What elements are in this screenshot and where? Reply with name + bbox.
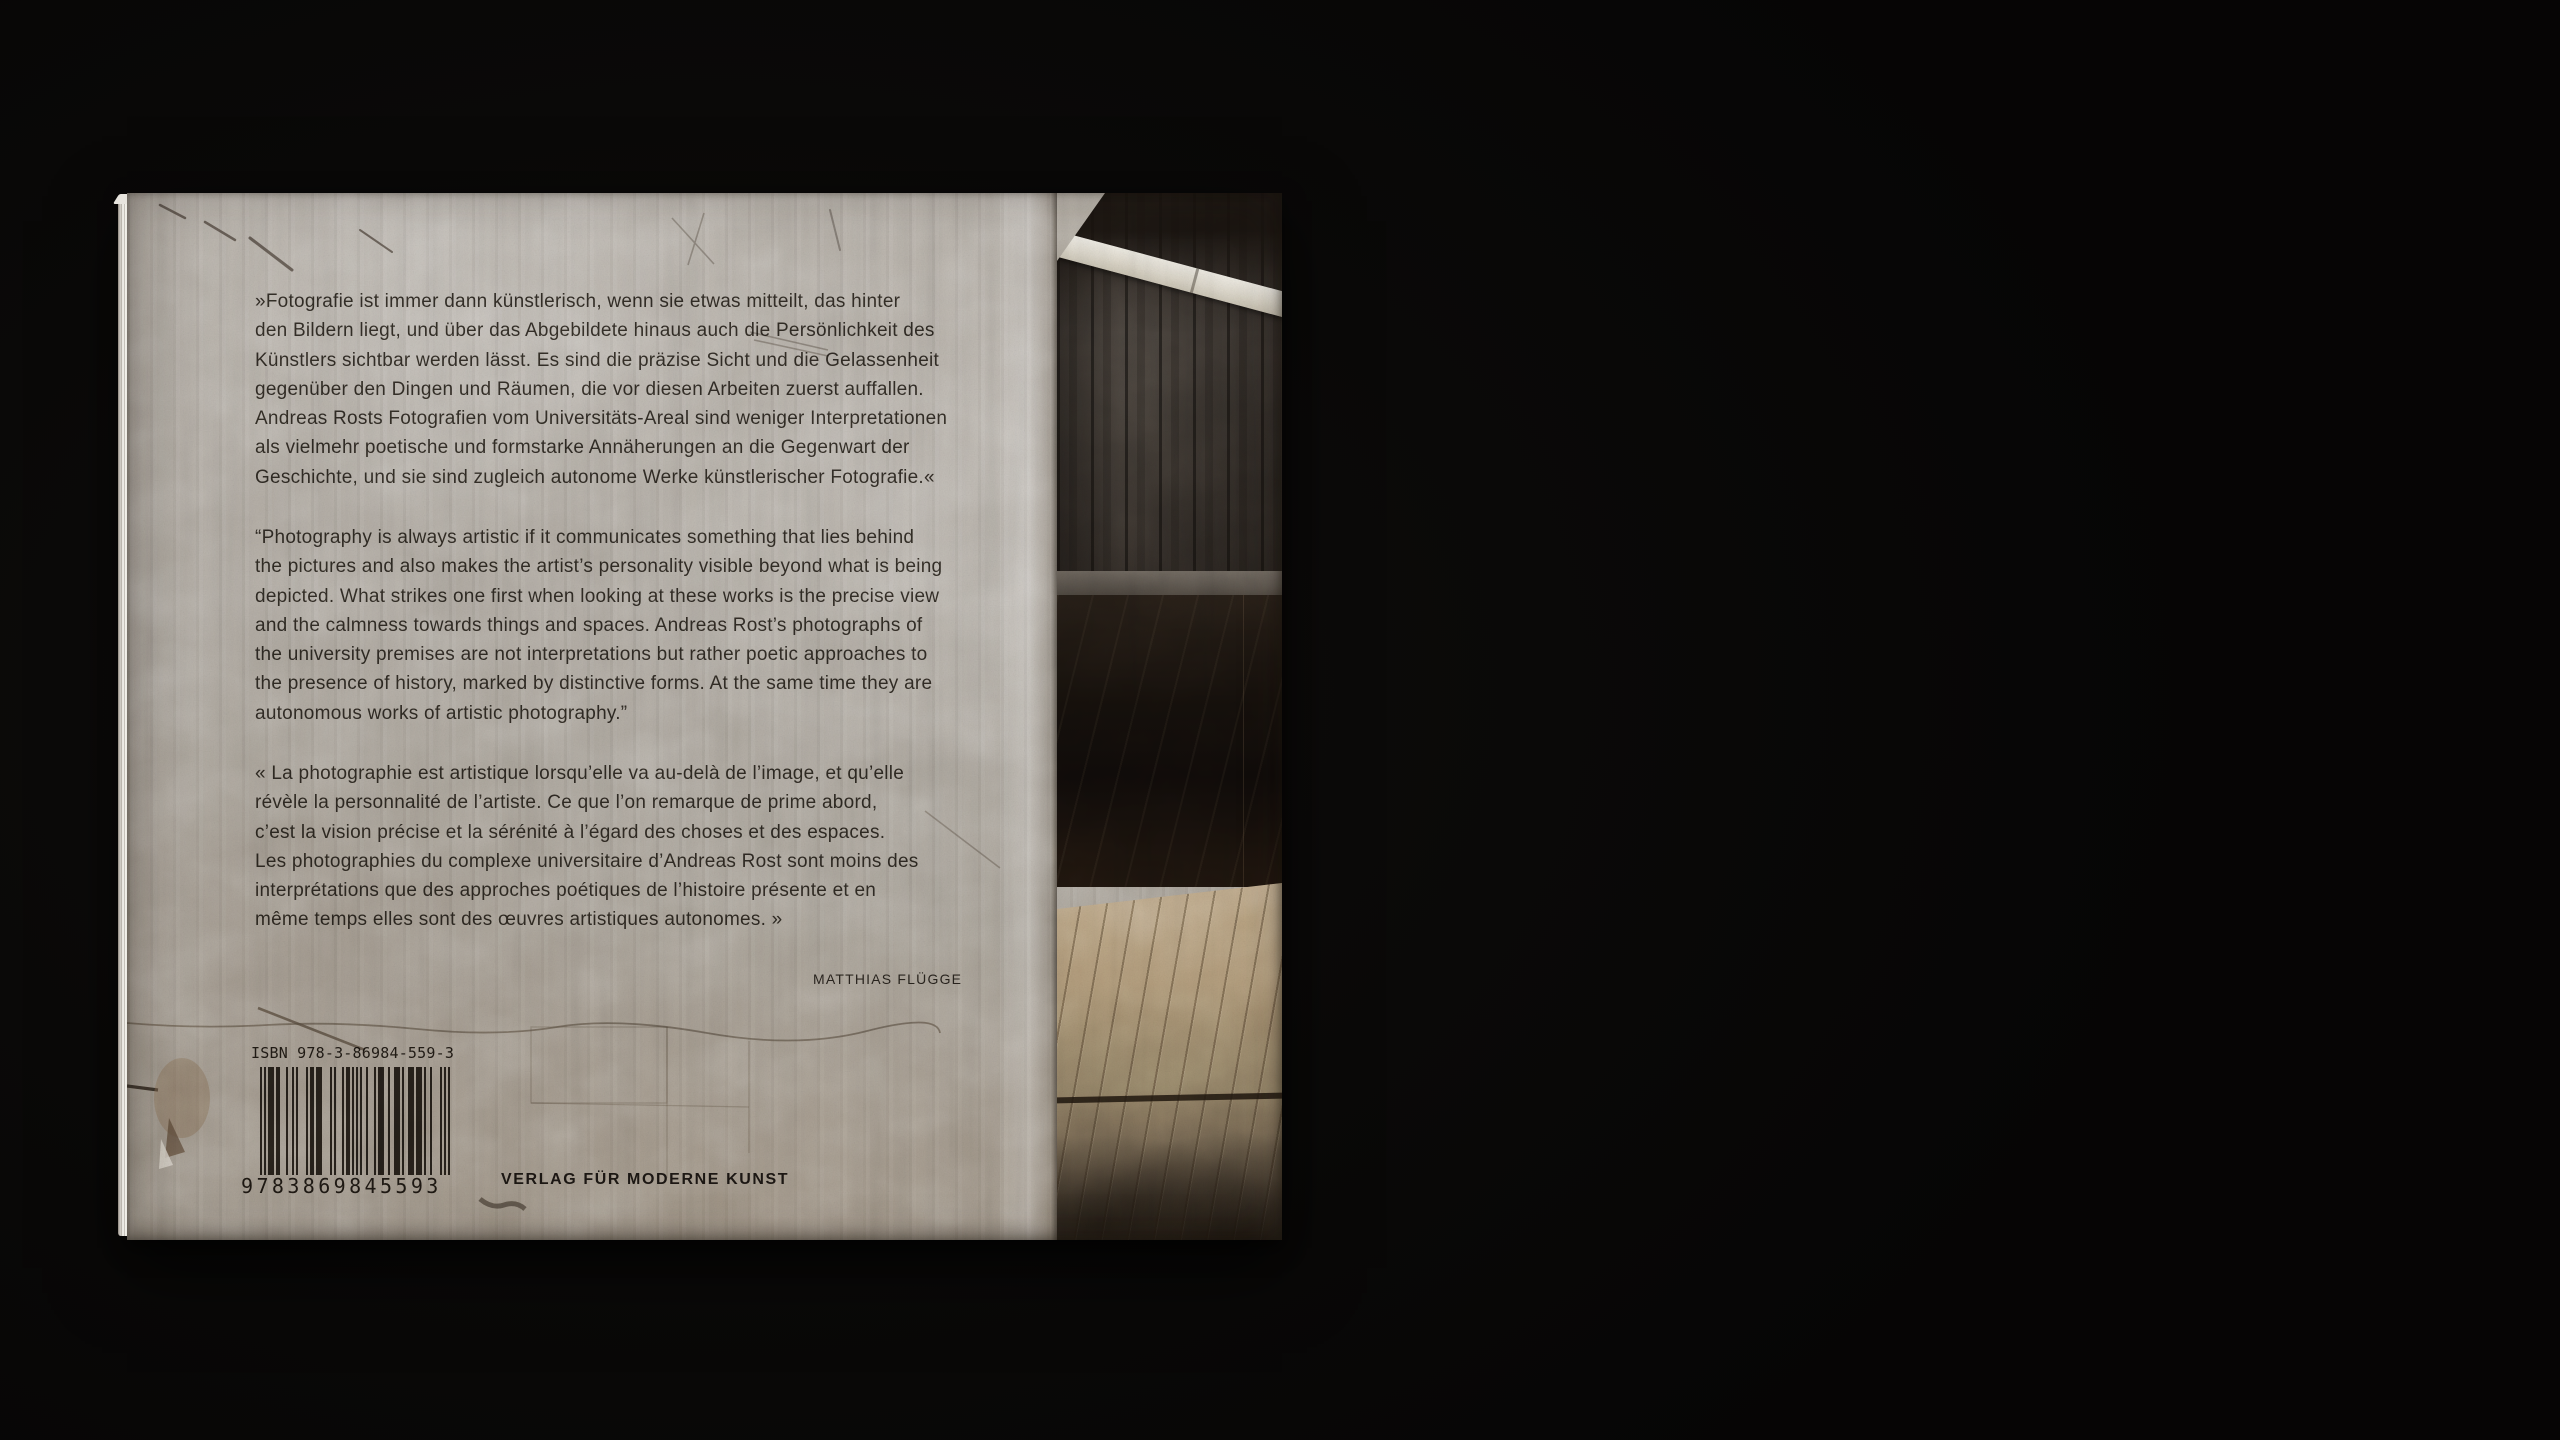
quote-line: Les photographies du complexe universita… (255, 847, 919, 876)
dark-architecture-panel (1057, 193, 1282, 1240)
quote-line: »Fotografie ist immer dann künstlerisch,… (255, 287, 947, 316)
quote-line: c’est la vision précise et la sérénité à… (255, 818, 919, 847)
quote-line: Geschichte, und sie sind zugleich autono… (255, 463, 947, 492)
doorway-shadow (1057, 595, 1282, 887)
quote-line: the presence of history, marked by disti… (255, 669, 942, 698)
quote-french: « La photographie est artistique lorsqu’… (255, 759, 919, 935)
quote-line: depicted. What strikes one first when lo… (255, 582, 942, 611)
quote-line: gegenüber den Dingen und Räumen, die vor… (255, 375, 947, 404)
barcode-digits: 9783869845593 (241, 1174, 442, 1198)
quote-line: interprétations que des approches poétiq… (255, 876, 919, 905)
quote-line: autonomous works of artistic photography… (255, 699, 942, 728)
quote-line: révèle la personnalité de l’artiste. Ce … (255, 788, 919, 817)
author-attribution: MATTHIAS FLÜGGE (813, 971, 962, 987)
plank-groove (1053, 1093, 1282, 1104)
shadow-seam-line (1243, 595, 1244, 887)
quote-line: the pictures and also makes the artist’s… (255, 552, 942, 581)
quote-line: and the calmness towards things and spac… (255, 611, 942, 640)
quote-english: “Photography is always artistic if it co… (255, 523, 942, 728)
quote-line: “Photography is always artistic if it co… (255, 523, 942, 552)
cover-photo-concrete-wall: »Fotografie ist immer dann künstlerisch,… (127, 193, 1282, 1240)
concrete-pillar-highlight (1000, 193, 1057, 1240)
isbn-label: ISBN 978-3-86984-559-3 (251, 1044, 454, 1062)
slab-underside-edge (1057, 571, 1282, 597)
book-back-cover: »Fotografie ist immer dann künstlerisch,… (127, 193, 1282, 1240)
photo-background: »Fotografie ist immer dann künstlerisch,… (0, 0, 2560, 1440)
quote-line: Andreas Rosts Fotografien vom Universitä… (255, 404, 947, 433)
quote-line: « La photographie est artistique lorsqu’… (255, 759, 919, 788)
ean13-barcode (260, 1067, 450, 1175)
quote-line: the university premises are not interpre… (255, 640, 942, 669)
quote-line: Künstlers sichtbar werden lässt. Es sind… (255, 346, 947, 375)
quote-line: den Bildern liegt, und über das Abgebild… (255, 316, 947, 345)
quote-line: même temps elles sont des œuvres artisti… (255, 905, 919, 934)
quote-line: als vielmehr poetische und formstarke An… (255, 433, 947, 462)
sunlit-diagonal-planks (1057, 883, 1282, 1240)
publisher-name: VERLAG FÜR MODERNE KUNST (501, 1171, 789, 1189)
quote-german: »Fotografie ist immer dann künstlerisch,… (255, 287, 947, 492)
